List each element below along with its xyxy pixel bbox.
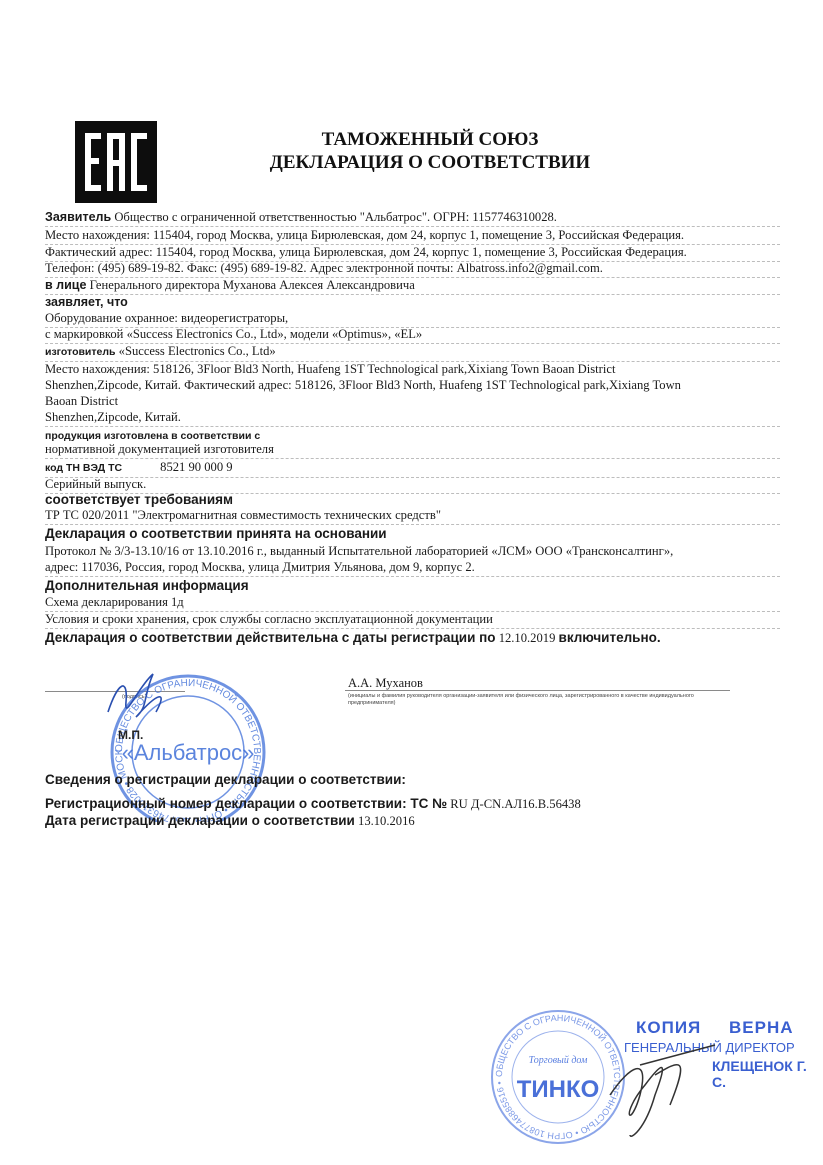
svg-text:«Альбатрос»: «Альбатрос» [122, 740, 255, 765]
registration-heading-text: Сведения о регистрации декларации о соот… [45, 772, 406, 787]
copy-stamp-name: КЛЕЩЕНОК Г. С. [712, 1058, 823, 1090]
production-label-text: продукция изготовлена в соответствии с [45, 430, 260, 442]
product-line-2: с маркировкой «Success Electronics Co., … [45, 327, 780, 344]
registration-date-value: 13.10.2016 [358, 814, 415, 828]
manufacturer-address-4: Shenzhen,Zipcode, Китай. [45, 410, 780, 427]
requirements-label-text: соответствует требованиям [45, 492, 233, 507]
manufacturer-label: изготовитель [45, 346, 116, 358]
svg-text:Торговый дом: Торговый дом [529, 1055, 588, 1066]
additional-label-text: Дополнительная информация [45, 578, 249, 593]
eac-mark-icon [81, 127, 151, 197]
production-basis: нормативной документацией изготовителя [45, 442, 780, 459]
additional-line-2: Условия и сроки хранения, срок службы со… [45, 612, 780, 629]
manufacturer-address-1: Место нахождения: 518126, 3Floor Bld3 No… [45, 362, 780, 378]
applicant-location: Место нахождения: 115404, город Москва, … [45, 228, 780, 245]
title-line-customs-union: ТАМОЖЕННЫЙ СОЮЗ [230, 128, 630, 151]
director-signature-icon [600, 1035, 720, 1145]
basis-label: Декларация о соответствии принята на осн… [45, 526, 780, 543]
represented-by: Генерального директора Муханова Алексея … [90, 278, 415, 292]
seal-mp-label: М.П. [118, 728, 143, 742]
basis-line-2: адрес: 117036, Россия, город Москва, ули… [45, 560, 780, 577]
additional-label: Дополнительная информация [45, 578, 780, 595]
registration-number-label: Регистрационный номер декларации о соотв… [45, 796, 447, 811]
signer-name-rule [345, 690, 730, 691]
manufacturer-address-2: Shenzhen,Zipcode, Китай. Фактический адр… [45, 378, 780, 394]
tn-ved-code-label: код ТН ВЭД ТС [45, 461, 157, 476]
registration-number-value: RU Д-CN.АЛ16.В.56438 [450, 797, 580, 811]
signer-name: А.А. Муханов [348, 676, 423, 691]
manufacturer-line: изготовитель «Success Electronics Co., L… [45, 344, 780, 362]
registration-date-label: Дата регистрации декларации о соответств… [45, 813, 355, 828]
eac-logo: EAC [75, 121, 157, 203]
additional-line-1: Схема декларирования 1д [45, 595, 780, 612]
svg-text:ТИНКО: ТИНКО [517, 1076, 600, 1103]
basis-line-1: Протокол № 3/3-13.10/16 от 13.10.2016 г.… [45, 544, 780, 560]
validity-line: Декларация о соответствии действительна … [45, 630, 780, 647]
requirements-value: ТР ТС 020/2011 "Электромагнитная совмест… [45, 508, 780, 525]
registration-date-line: Дата регистрации декларации о соответств… [45, 813, 780, 830]
represented-by-line: в лице Генерального директора Муханова А… [45, 278, 780, 295]
validity-date: 12.10.2019 [499, 631, 556, 645]
validity-suffix: включительно. [559, 630, 661, 645]
applicant-label: Заявитель [45, 210, 111, 224]
copy-stamp-word2: ВЕРНА [729, 1018, 794, 1037]
manufacturer-address-3: Baoan District [45, 394, 780, 410]
signer-caption: (инициалы и фамилия руководителя организ… [348, 693, 728, 707]
tn-ved-code-value: 8521 90 000 9 [160, 460, 232, 474]
tn-ved-code-line: код ТН ВЭД ТС 8521 90 000 9 [45, 460, 780, 478]
declares-label-text: заявляет, что [45, 295, 128, 309]
applicant-actual-address: Фактический адрес: 115404, город Москва,… [45, 245, 780, 262]
product-line-1: Оборудование охранное: видеорегистраторы… [45, 311, 780, 328]
basis-label-text: Декларация о соответствии принята на осн… [45, 526, 387, 541]
title-line-declaration: ДЕКЛАРАЦИЯ О СООТВЕТСТВИИ [230, 151, 630, 174]
validity-prefix: Декларация о соответствии действительна … [45, 630, 496, 645]
requirements-label: соответствует требованиям [45, 492, 780, 509]
applicant-name: Общество с ограниченной ответственностью… [114, 210, 557, 224]
applicant-line: Заявитель Общество с ограниченной ответс… [45, 210, 780, 227]
applicant-contacts: Телефон: (495) 689-19-82. Факс: (495) 68… [45, 261, 780, 278]
represented-label: в лице [45, 278, 86, 292]
declares-label: заявляет, что [45, 295, 780, 311]
document-title: ТАМОЖЕННЫЙ СОЮЗ ДЕКЛАРАЦИЯ О СООТВЕТСТВИ… [230, 128, 630, 174]
manufacturer-name: «Success Electronics Co., Ltd» [119, 344, 276, 358]
registration-heading: Сведения о регистрации декларации о соот… [45, 772, 780, 789]
registration-number-line: Регистрационный номер декларации о соотв… [45, 796, 780, 813]
